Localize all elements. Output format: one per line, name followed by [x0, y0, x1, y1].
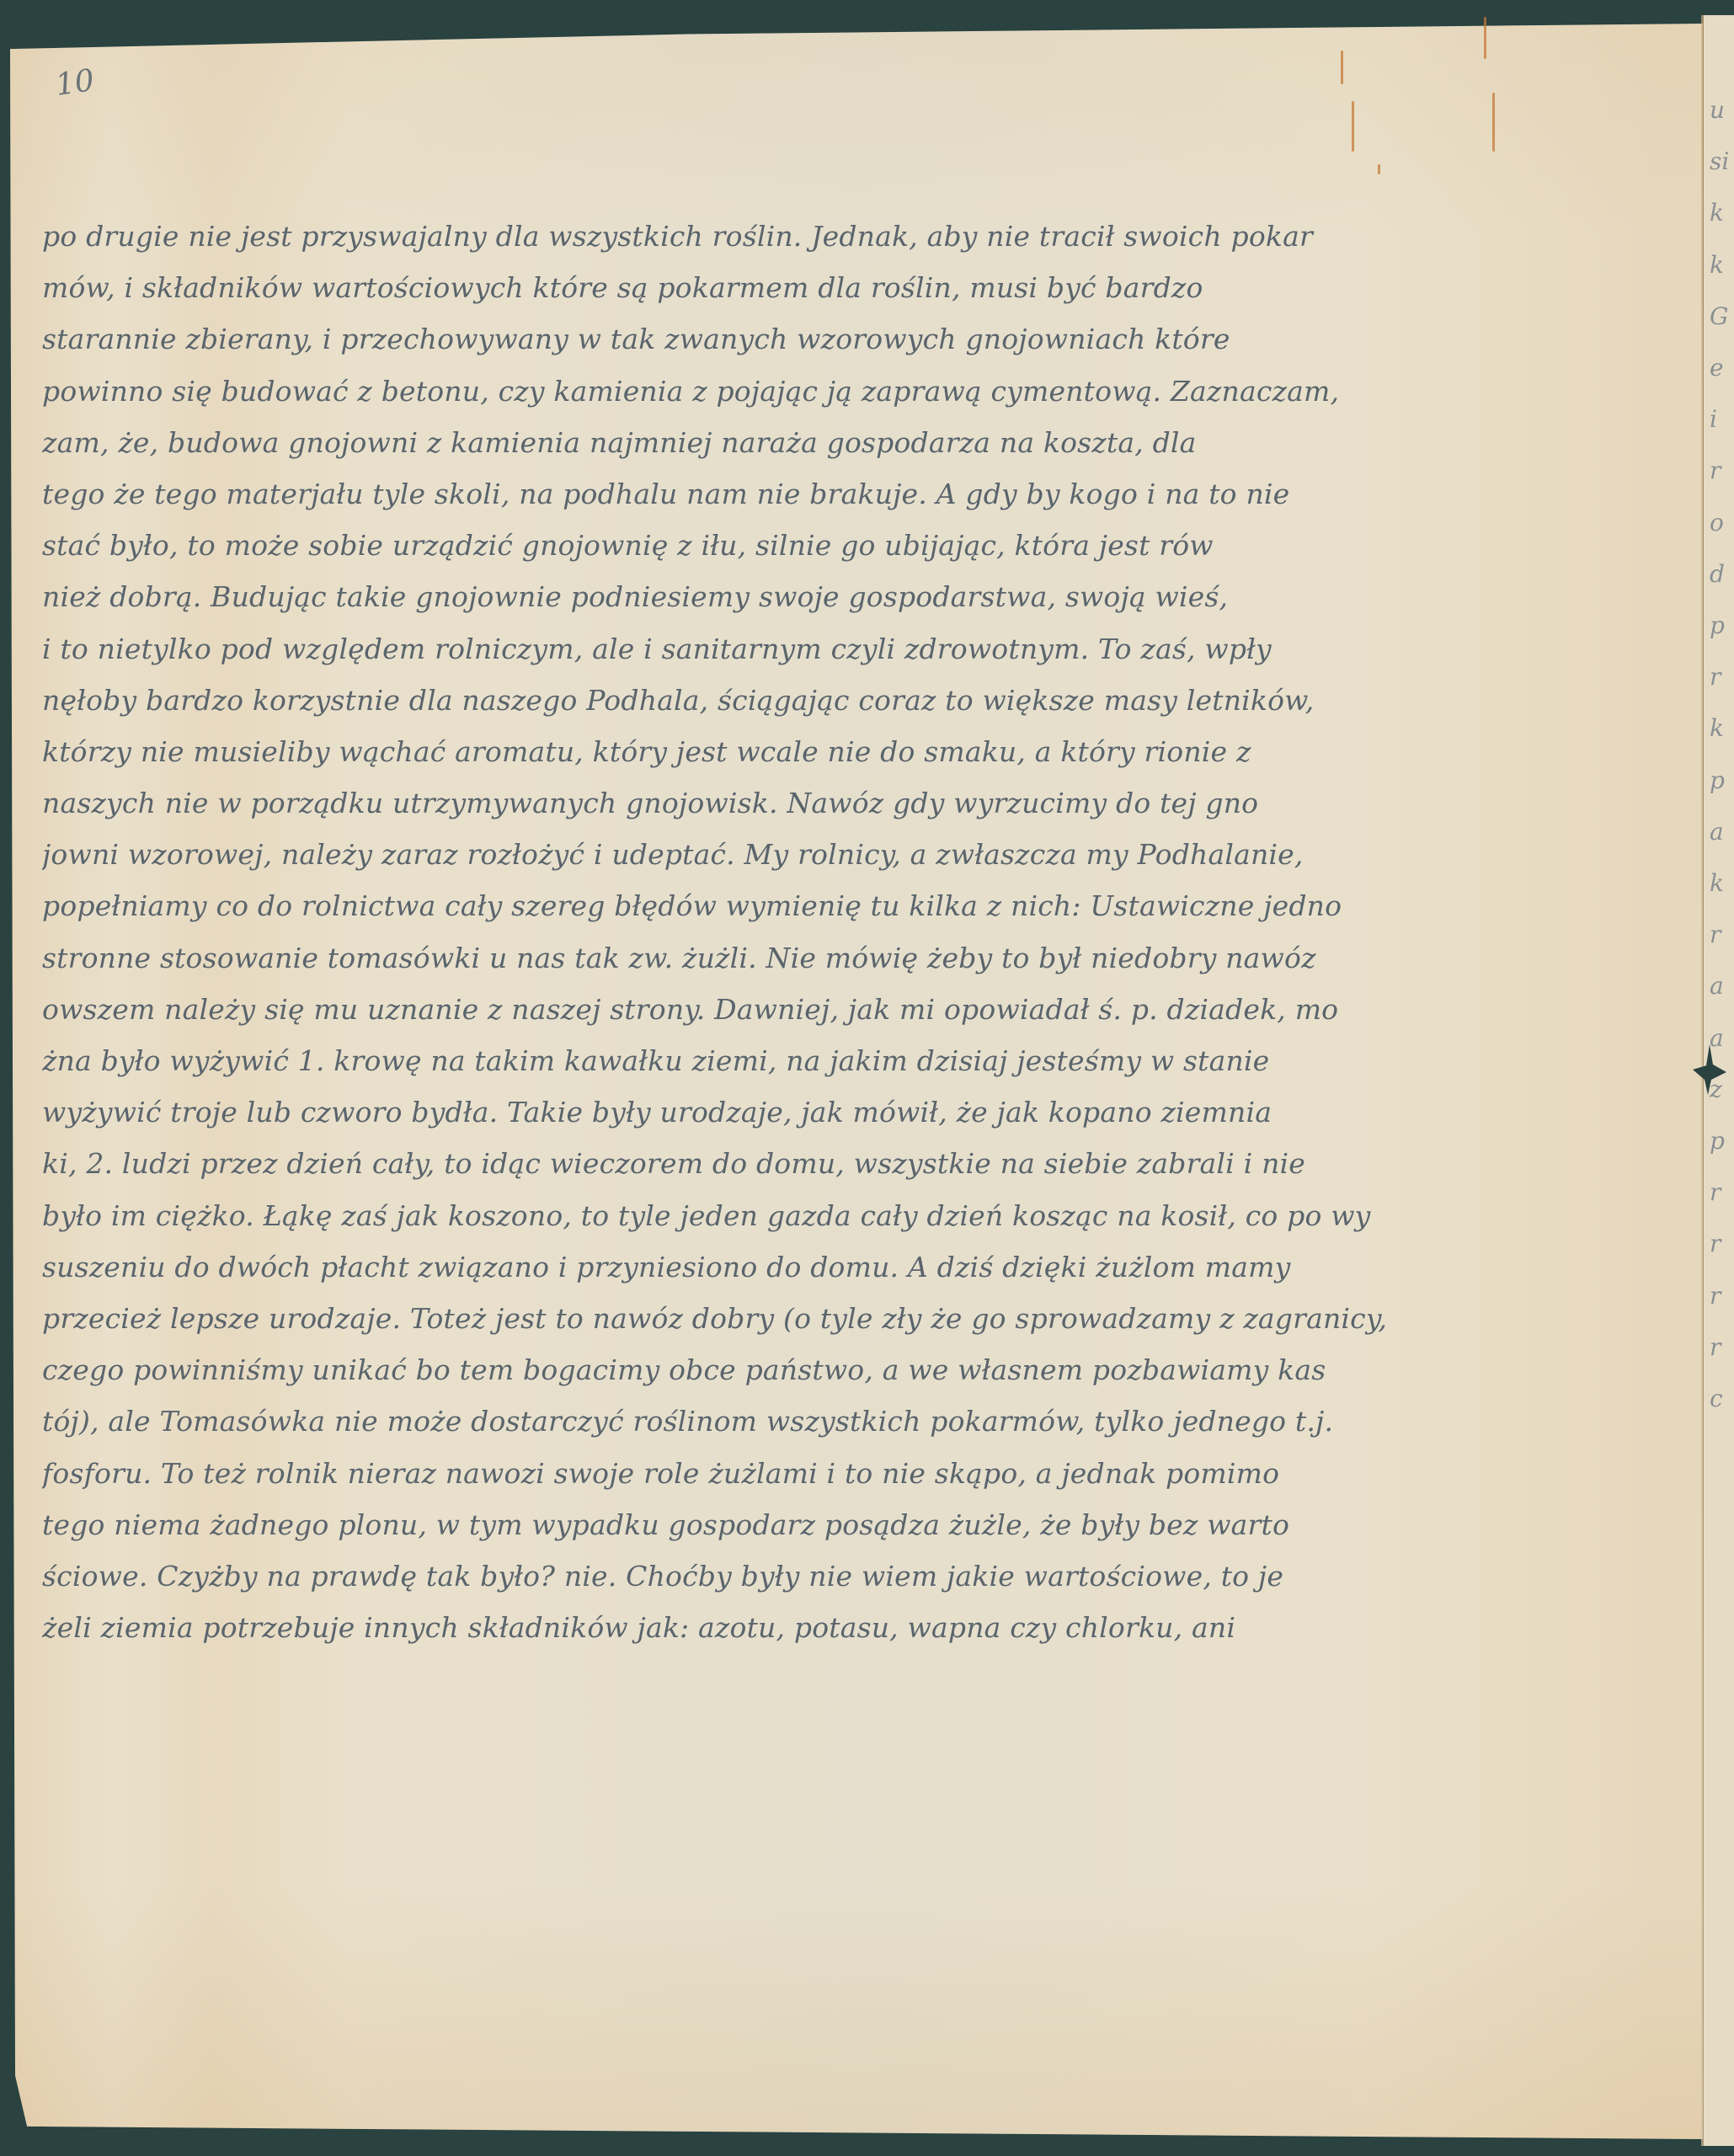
fragment: d: [1710, 548, 1734, 600]
fragment: r: [1710, 1218, 1734, 1269]
fragment: c: [1710, 1373, 1734, 1424]
fragment: u: [1710, 84, 1734, 136]
text-line: wyżywić troje lub czworo bydła. Takie by…: [42, 1086, 1684, 1138]
text-line: po drugie nie jest przyswajalny dla wszy…: [42, 211, 1684, 262]
text-line: zam, że, budowa gnojowni z kamienia najm…: [42, 417, 1684, 468]
page-fold: [1701, 15, 1704, 2146]
text-line: tój), ale Tomasówka nie może dostarczyć …: [42, 1396, 1684, 1447]
text-line: przecież lepsze urodzaje. Toteż jest to …: [42, 1293, 1684, 1344]
text-line: fosforu. To też rolnik nieraz nawozi swo…: [42, 1448, 1684, 1499]
fragment: z: [1710, 1064, 1734, 1115]
rust-stain: [1492, 93, 1495, 152]
fragment: a: [1710, 806, 1734, 857]
page-number: 10: [53, 63, 96, 103]
text-line: naszych nie w porządku utrzymywanych gno…: [42, 777, 1684, 829]
fragment: si: [1710, 136, 1734, 187]
fragment: i: [1710, 393, 1734, 445]
fragment: r: [1710, 651, 1734, 702]
handwritten-text-body: po drugie nie jest przyswajalny dla wszy…: [42, 211, 1684, 1653]
text-line: ściowe. Czyżby na prawdę tak było? nie. …: [42, 1550, 1684, 1602]
fragment: o: [1710, 497, 1734, 548]
fragment: k: [1710, 239, 1734, 291]
fragment: r: [1710, 1166, 1734, 1218]
rust-stain: [1484, 17, 1486, 59]
text-line: nęłoby bardzo korzystnie dla naszego Pod…: [42, 675, 1684, 726]
text-line: starannie zbierany, i przechowywany w ta…: [42, 313, 1684, 365]
fragment: p: [1710, 1115, 1734, 1166]
adjacent-page-text-fragments: u si k k G e i r o d p r k p a k r a a z…: [1710, 84, 1734, 1424]
text-line: stać było, to może sobie urządzić gnojow…: [42, 520, 1684, 571]
text-line: i to nietylko pod względem rolniczym, al…: [42, 623, 1684, 675]
text-line: nież dobrą. Budując takie gnojownie podn…: [42, 571, 1684, 622]
text-line: żna było wyżywić 1. krowę na takim kawał…: [42, 1035, 1684, 1086]
text-line: tego że tego materjału tyle skoli, na po…: [42, 468, 1684, 520]
text-line: suszeniu do dwóch płacht związano i przy…: [42, 1241, 1684, 1293]
text-line: popełniamy co do rolnictwa cały szereg b…: [42, 880, 1684, 931]
fragment: r: [1710, 1321, 1734, 1373]
rust-stain: [1378, 164, 1380, 174]
text-line: tego niema żadnego plonu, w tym wypadku …: [42, 1499, 1684, 1550]
fragment: k: [1710, 702, 1734, 754]
rust-stain: [1352, 101, 1354, 152]
fragment: k: [1710, 857, 1734, 909]
rust-stain: [1341, 51, 1343, 84]
fragment: a: [1710, 960, 1734, 1011]
text-line: czego powinniśmy unikać bo tem bogacimy …: [42, 1344, 1684, 1396]
fragment: r: [1710, 445, 1734, 496]
text-line: stronne stosowanie tomasówki u nas tak z…: [42, 932, 1684, 984]
text-line: owszem należy się mu uznanie z naszej st…: [42, 984, 1684, 1035]
fragment: r: [1710, 1270, 1734, 1321]
fragment: r: [1710, 909, 1734, 960]
fragment: e: [1710, 342, 1734, 393]
fragment: p: [1710, 600, 1734, 651]
fragment: p: [1710, 755, 1734, 806]
text-line: którzy nie musieliby wąchać aromatu, któ…: [42, 726, 1684, 777]
fragment: k: [1710, 187, 1734, 238]
text-line: ki, 2. ludzi przez dzień cały, to idąc w…: [42, 1138, 1684, 1189]
text-line: było im ciężko. Łąkę zaś jak koszono, to…: [42, 1190, 1684, 1241]
text-line: jowni wzorowej, należy zaraz rozłożyć i …: [42, 829, 1684, 880]
text-line: mów, i składników wartościowych które są…: [42, 262, 1684, 313]
fragment: G: [1710, 291, 1734, 342]
fragment: a: [1710, 1012, 1734, 1064]
text-line: powinno się budować z betonu, czy kamien…: [42, 366, 1684, 417]
text-line: żeli ziemia potrzebuje innych składników…: [42, 1602, 1684, 1653]
